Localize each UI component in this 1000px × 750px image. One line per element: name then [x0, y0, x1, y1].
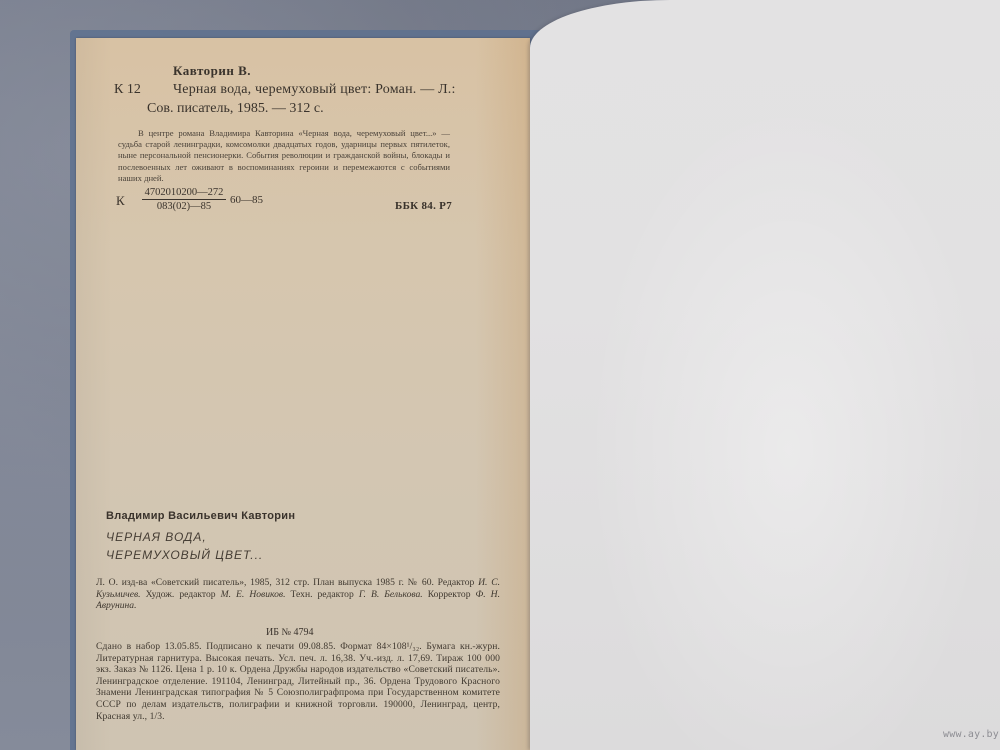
editor-label: Редактор — [438, 577, 475, 588]
ib-number: ИБ № 4794 — [266, 627, 314, 638]
catalog-author: Кавторин В. — [173, 63, 251, 79]
index-fraction: 4702010200—272 083(02)—85 — [142, 187, 226, 212]
book-abstract: В центре романа Владимира Кавторина «Чер… — [118, 128, 450, 184]
imprint-credits: Л. О. изд-ва «Советский писатель», 1985,… — [96, 577, 500, 612]
tech-editor-label: Техн. редактор — [291, 589, 354, 600]
right-page-blank — [530, 0, 1000, 750]
print-details: Сдано в набор 13.05.85. Подписано к печа… — [96, 641, 500, 722]
index-denominator: 083(02)—85 — [142, 200, 226, 212]
book-title-line-1: ЧЕРНАЯ ВОДА, — [106, 530, 207, 544]
index-suffix: 60—85 — [230, 194, 263, 206]
full-author-name: Владимир Васильевич Кавторин — [106, 510, 295, 522]
bbk-code: ББК 84. Р7 — [395, 200, 452, 212]
book-title-line-2: ЧЕРЕМУХОВЫЙ ЦВЕТ... — [106, 548, 263, 562]
tech-editor-name: Г. В. Белькова. — [359, 589, 423, 600]
bibliographic-title-line: Черная вода, черемуховый цвет: Роман. — … — [173, 82, 456, 98]
index-letter: К — [116, 193, 125, 209]
left-page-imprint: Кавторин В. К 12 Черная вода, черемуховы… — [76, 38, 530, 750]
index-numerator: 4702010200—272 — [142, 187, 226, 200]
publisher-line: Л. О. изд-ва «Советский писатель», 1985,… — [96, 577, 434, 588]
art-editor-label: Худож. редактор — [146, 589, 216, 600]
watermark: www.ay.by — [943, 729, 999, 740]
catalog-code: К 12 — [114, 82, 141, 98]
corrector-label: Корректор — [428, 589, 471, 600]
bibliographic-publisher-line: Сов. писатель, 1985. — 312 с. — [147, 101, 324, 117]
art-editor-name: М. Е. Новиков. — [221, 589, 286, 600]
